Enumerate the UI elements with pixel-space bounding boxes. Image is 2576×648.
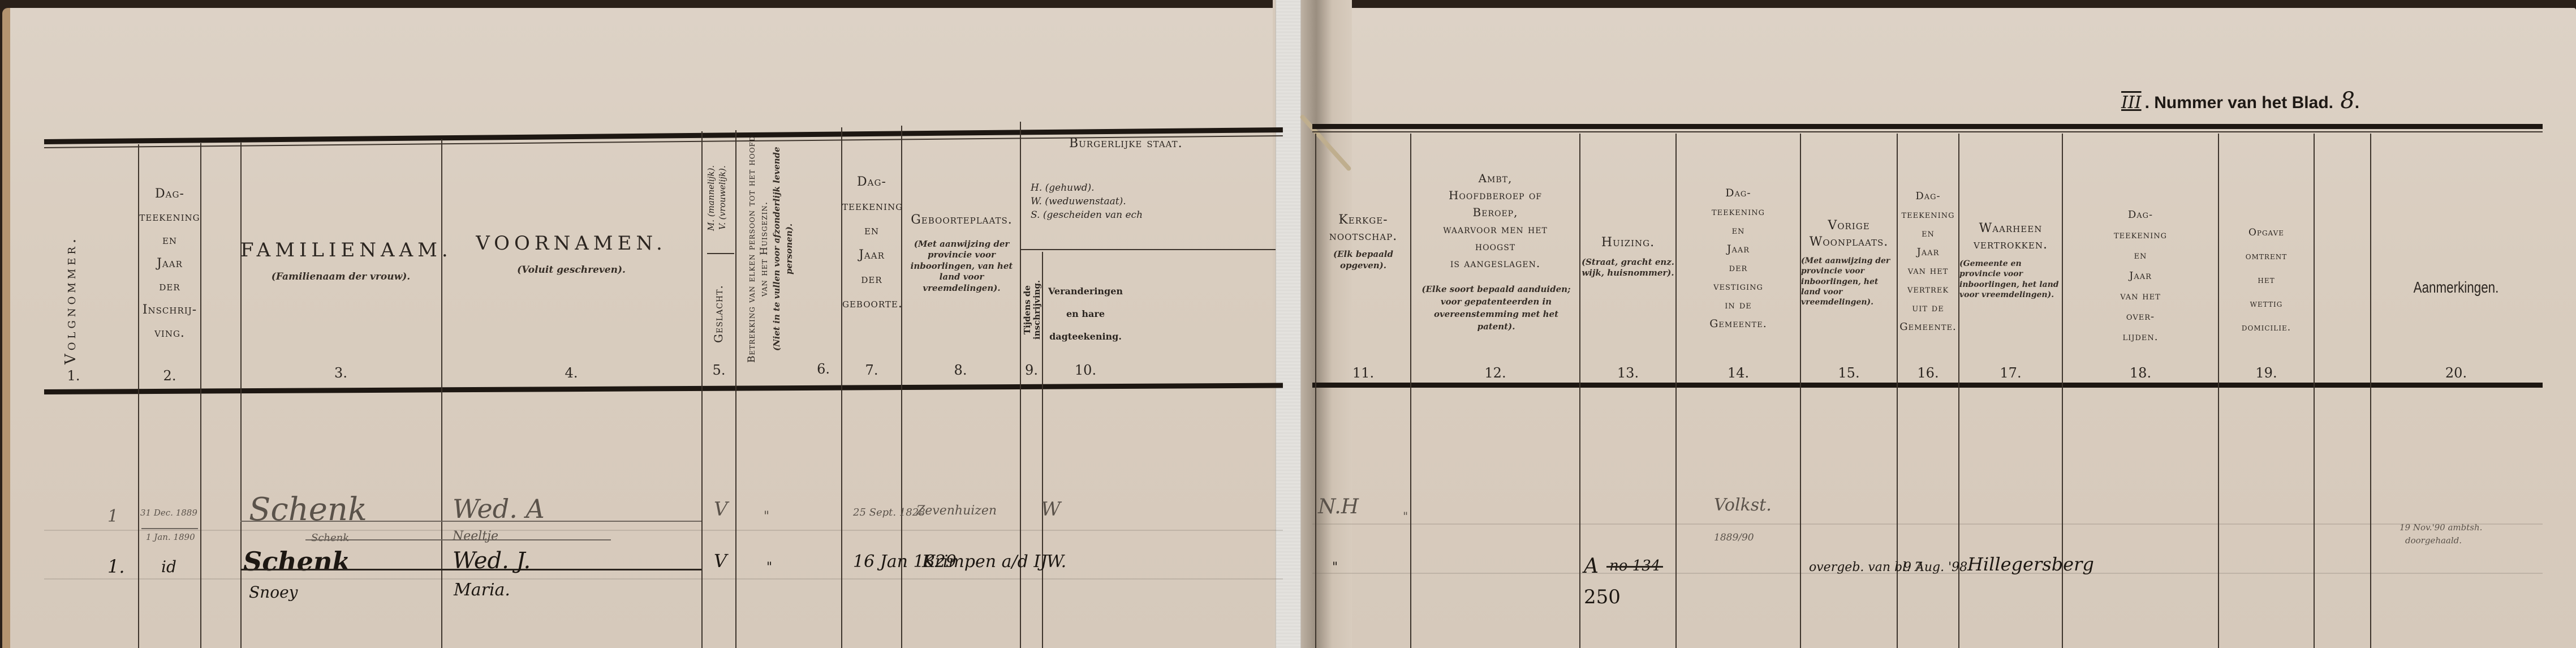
header-line: Gemeente. [1677, 315, 1800, 333]
header-note: (Familienaam der vrouw). [240, 271, 441, 283]
legend-v: V. (vrouwelijk). [717, 148, 728, 247]
col-group-burgerlijke-staat: Burgerlijke staat. [1021, 136, 1276, 152]
header-line: geboorte. [842, 291, 901, 316]
legend-s: S. (gescheiden van ech [1031, 208, 1143, 222]
legend-w: W. (weduwenstaat). [1031, 195, 1143, 208]
row2-huizing-strikethrough [1606, 566, 1663, 568]
header-line: Waarheen [1959, 221, 2062, 237]
col-header-domicilie: Opgave omtrent het wettig domicilie. [2219, 221, 2314, 340]
header-line: en [2063, 246, 2218, 266]
row1-vestiging-year: 1889/90 [1714, 532, 1754, 543]
header-note: (Voluit geschreven). [441, 264, 701, 276]
col-header-geslacht: Geslacht. [712, 260, 725, 368]
header-line: teekening [842, 194, 901, 218]
col-number-12: 12. [1411, 365, 1579, 381]
header-line: Beroep, [1411, 204, 1579, 221]
row1-beroep: " [1403, 509, 1408, 523]
header-line: waarvoor men het [1411, 221, 1579, 238]
header-line: over- [2063, 307, 2218, 327]
header-note: (Elk bepaald opgeven). [1316, 249, 1410, 271]
row2-betrekking: " [766, 560, 772, 574]
col-divider [1579, 134, 1580, 648]
col-divider [701, 131, 703, 648]
header-line: Jaar [842, 243, 901, 267]
row1-geboorteplaats: Zevenhuizen [916, 504, 997, 518]
col-header-vorige-woonplaats: Vorige Woonplaats. (Met aanwijzing der p… [1801, 218, 1897, 307]
col-number-20: 20. [2371, 365, 2541, 381]
col-number-19: 19. [2219, 365, 2314, 381]
top-rule-right-thin [1312, 131, 2543, 132]
header-line: teekening [1677, 203, 1800, 221]
col-number-15: 15. [1801, 365, 1897, 381]
header-line: teekening [2063, 225, 2218, 246]
header-line: Dag- [139, 182, 200, 205]
header-line: Opgave [2219, 221, 2314, 244]
row2-kerkgenootschap: " [1332, 560, 1338, 574]
legend-m: M. (mannelijk). [705, 148, 717, 247]
header-line: van het [2063, 286, 2218, 307]
header-line: Dag- [2063, 205, 2218, 225]
row2-geslacht: V [714, 550, 727, 572]
geslacht-legend: M. (mannelijk). V. (vrouwelijk). [705, 148, 728, 247]
header-title: Geboorteplaats. [905, 212, 1018, 229]
col-number-13: 13. [1580, 365, 1675, 381]
header-line: Jaar [139, 252, 200, 275]
col-number-11: 11. [1316, 365, 1410, 381]
header-line: Dag- [1677, 184, 1800, 203]
col-header-vestiging: Dag- teekening en Jaar der vestiging in … [1677, 184, 1800, 333]
row1-burgerlijke-staat: W [1041, 498, 1061, 521]
row2-volgnommer: 1. [107, 556, 125, 577]
header-line: teekening [139, 205, 200, 229]
header-line: Vorige [1801, 218, 1897, 234]
header-line: omtrent [2219, 244, 2314, 268]
col-number-6: 6. [736, 361, 841, 377]
header-line: Kerkge- [1316, 212, 1410, 229]
header-line: domicilie. [2219, 316, 2314, 340]
col-header-volgnommer: Volgnommer. [62, 215, 79, 385]
sheet-number-header: III. Nummer van het Blad. 8. [2121, 88, 2359, 114]
row1-familienaam-correction: Schenk [311, 532, 349, 544]
col-header-geboortedatum: Dag- teekening en Jaar der geboorte. [842, 170, 901, 316]
header-line: Inschrij- [139, 298, 200, 321]
row2-burgerlijke-staat: W. [1046, 552, 1066, 572]
col-number-14: 14. [1677, 365, 1800, 381]
col-divider [240, 143, 242, 648]
col-header-kerkgenootschap: Kerkge- nootschap. (Elk bepaald opgeven)… [1316, 212, 1410, 271]
row-guide [44, 578, 1283, 580]
row1-inschrijving-2: 1 Jan. 1890 [146, 532, 195, 542]
header-line: Dag- [1898, 187, 1958, 205]
col-header-veranderingen: Veranderingen en hare dagteekening. [1043, 280, 1128, 348]
col-number-5: 5. [703, 362, 735, 378]
row-guide [44, 530, 1283, 531]
header-title: FAMILIENAAM. [240, 238, 441, 263]
row2-huizing-prefix: A [1584, 555, 1599, 578]
row1-voornamen: Wed. A [453, 493, 545, 524]
header-line: ving. [139, 321, 200, 345]
header-title: Huizing. [1580, 235, 1675, 251]
col-number-8: 8. [901, 362, 1020, 378]
col-divider [1315, 134, 1316, 648]
col-header-aanmerkingen: Aanmerkingen. [2388, 277, 2524, 298]
col-header-ambt-note: (Elke soort bepaald aanduiden; voor gepa… [1417, 283, 1575, 333]
header-line: hoogst [1411, 238, 1579, 255]
col-header-waarheen: Waarheen vertrokken. (Gemeente en provin… [1959, 221, 2062, 300]
geslacht-split [707, 253, 734, 254]
header-line: van het [1898, 261, 1958, 280]
header-note: (Straat, gracht enz. wijk, huisnommer). [1580, 257, 1675, 279]
top-rule-right [1312, 124, 2543, 129]
col-header-betrekking: Betrekking van elken persoon tot het hoo… [746, 133, 795, 365]
header-line: der [139, 275, 200, 298]
header-note: (Niet in te vullen voor afzonderlijk lev… [770, 133, 795, 365]
row1-aanmerkingen: 19 Nov.'90 ambtsh. [2400, 522, 2482, 533]
col-number-1: 1. [57, 368, 91, 384]
header-line: in de [1677, 296, 1800, 315]
legend-h: H. (gehuwd). [1031, 181, 1143, 195]
col-header-ambt: Ambt, Hoofdberoep of Beroep, waarvoor me… [1411, 170, 1579, 272]
header-line: en [1677, 221, 1800, 240]
row2-familienaam: Schenk [243, 546, 350, 577]
header-line: Jaar [1898, 243, 1958, 261]
col-number-16: 16. [1898, 365, 1958, 381]
header-line: dagteekening. [1043, 325, 1128, 348]
header-line: lijden. [2063, 327, 2218, 347]
header-line: Jaar [1677, 240, 1800, 259]
col-number-10: 10. [1043, 362, 1128, 378]
header-line: Hoofdberoep of [1411, 187, 1579, 204]
col-header-huizing: Huizing. (Straat, gracht enz. wijk, huis… [1580, 235, 1675, 279]
row1-inschrijving: 31 Dec. 1889 [140, 508, 197, 518]
row2-voornamen-sub: Maria. [454, 580, 510, 600]
header-line: uit de [1898, 299, 1958, 317]
row1-voornamen-correction: Neeltje [453, 529, 498, 543]
col-number-9: 9. [1021, 362, 1042, 378]
col-header-overlijden: Dag- teekening en Jaar van het over- lij… [2063, 205, 2218, 347]
row2-vertrek: 9 Aug. '98 [1903, 560, 1967, 574]
header-line: en [842, 218, 901, 243]
header-line: en [139, 229, 200, 252]
header-line: der [842, 267, 901, 291]
col-header-familienaam: FAMILIENAAM. (Familienaam der vrouw). [240, 238, 441, 283]
col-number-2: 2. [139, 368, 200, 384]
header-title: Betrekking van elken persoon tot het hoo… [746, 133, 770, 365]
col-number-7: 7. [842, 362, 901, 378]
header-title: VOORNAMEN. [441, 231, 701, 256]
row2-geboorteplaats: Krimpen a/d IJ [922, 552, 1047, 572]
header-line: en [1898, 224, 1958, 243]
header-line: Dag- [842, 170, 901, 194]
row1-kerkgenootschap: N.H [1318, 495, 1359, 518]
header-line: Woonplaats. [1801, 234, 1897, 251]
row2-voornamen: Wed. J. [453, 548, 531, 574]
header-note: (Gemeente en provincie voor inboorlingen… [1959, 259, 2062, 300]
row2-huizing-new: 250 [1584, 586, 1621, 608]
header-line: vertrek [1898, 280, 1958, 299]
col-header-geboorteplaats: Geboorteplaats. (Met aanwijzing der prov… [905, 212, 1018, 294]
col-divider [735, 130, 736, 648]
group-title: Burgerlijke staat. [1069, 136, 1276, 152]
sheet-label: Nummer van het Blad. [2154, 93, 2333, 112]
col-divider [200, 143, 201, 648]
burgerlijke-staat-legend: H. (gehuwd). W. (weduwenstaat). S. (gesc… [1031, 181, 1143, 222]
col-number-18: 18. [2063, 365, 2218, 381]
header-line: teekening [1898, 205, 1958, 224]
binding-tape [1276, 0, 1301, 648]
sheet-number: 8 [2340, 88, 2354, 114]
header-bottom-rule-right [1312, 383, 2543, 388]
row1-aanmerkingen-2: doorgehaald. [2405, 535, 2462, 546]
col-divider [441, 139, 442, 648]
header-line: Gemeente. [1898, 317, 1958, 336]
header-line: vestiging [1677, 277, 1800, 296]
header-line: nootschap. [1316, 229, 1410, 245]
header-line: is aangeslagen. [1411, 255, 1579, 272]
header-line: Ambt, [1411, 170, 1579, 187]
col-divider [2218, 134, 2219, 648]
row1-vestiging: Volkst. [1714, 495, 1772, 515]
col-header-voornamen: VOORNAMEN. (Voluit geschreven). [441, 231, 701, 276]
header-line: vertrokken. [1959, 237, 2062, 254]
header-line: wettig [2219, 292, 2314, 316]
row1-volgnommer: 1 [107, 507, 118, 526]
col-number-17: 17. [1959, 365, 2062, 381]
col-number-3: 3. [240, 365, 441, 381]
col-number-4: 4. [441, 365, 701, 381]
header-note: (Met aanwijzing der provincie voor inboo… [1801, 256, 1897, 307]
col-divider [2370, 134, 2371, 648]
header-line: Veranderingen [1043, 280, 1128, 303]
header-line: het [2219, 268, 2314, 292]
col-header-inschrijving: Dag- teekening en Jaar der Inschrij- vin… [139, 182, 200, 345]
row1-inschrijving-divider [141, 528, 198, 529]
header-line: en hare [1043, 303, 1128, 325]
col-divider [1800, 134, 1801, 648]
sheet-roman-numeral: III [2121, 93, 2142, 113]
header-line: der [1677, 259, 1800, 277]
row2-waarheen: Hillegersberg [1967, 553, 2094, 575]
row2-familienaam-sub: Snoey [249, 583, 298, 602]
header-line: Jaar [2063, 266, 2218, 286]
row1-familienaam: Schenk [249, 491, 367, 528]
row-guide [1312, 523, 2543, 525]
col-header-tijdens-inschrijving: Tijdens de inschrijving. [1023, 272, 1042, 348]
row2-inschrijving: id [161, 557, 176, 576]
col-header-vertrek: Dag- teekening en Jaar van het vertrek u… [1898, 187, 1958, 336]
header-note: (Met aanwijzing der provincie voor inboo… [905, 239, 1018, 294]
row1-geslacht: V [714, 498, 728, 521]
row1-betrekking: " [764, 509, 769, 523]
burgerlijke-staat-split [1021, 249, 1276, 250]
row1-geboortedatum: 25 Sept. 1828 [853, 507, 925, 518]
col-divider [2314, 134, 2315, 648]
